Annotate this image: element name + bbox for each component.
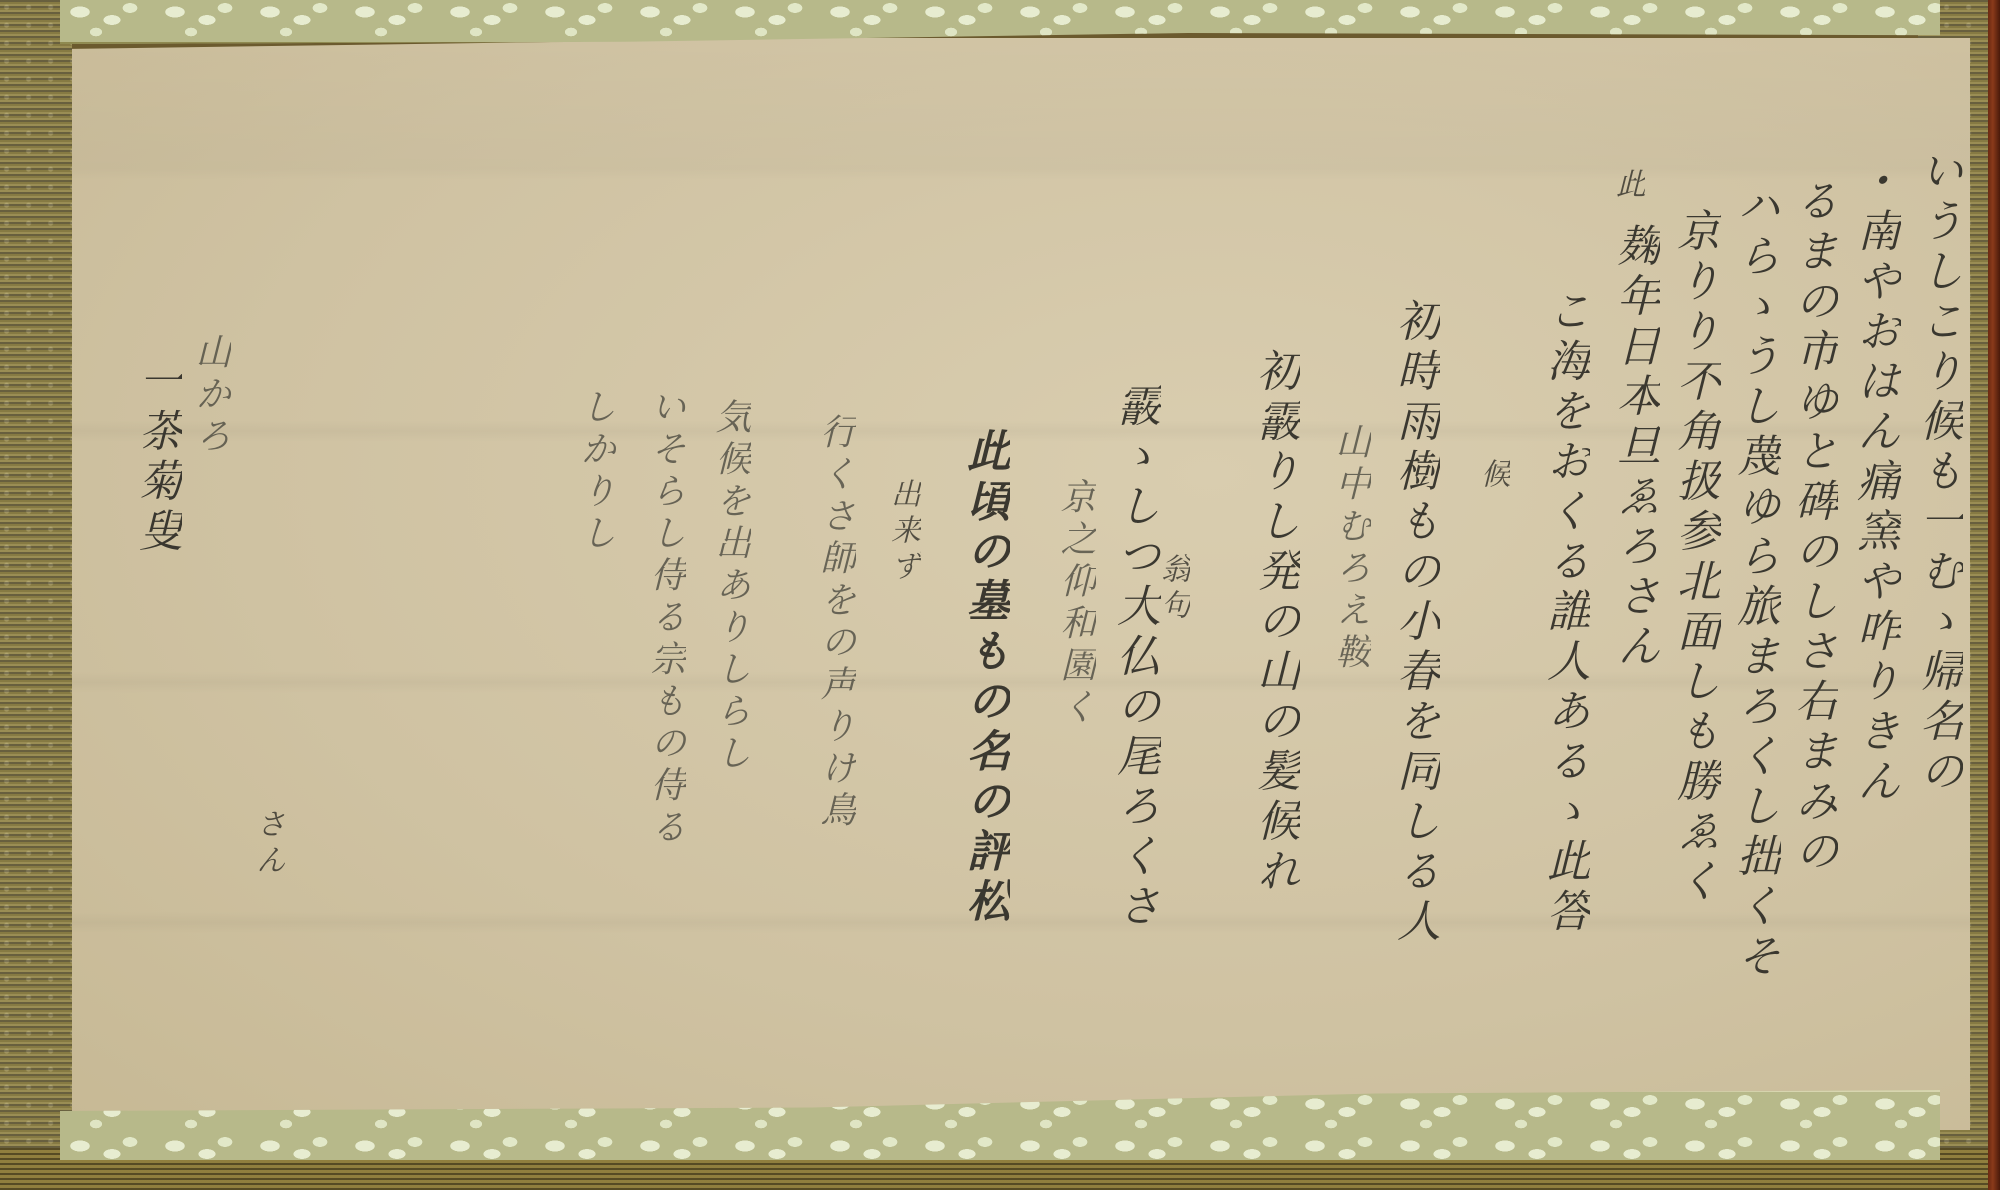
text-column: 出来ず <box>887 478 917 586</box>
calligraphy-paper: いうしこり候も一むゝ帰名の ・南やおはん痛窯や咋りきん るまの市ゆと碑のしさ右ま… <box>72 38 1970 1130</box>
text-column: ・南やおはん痛窯や咋りきん <box>1852 158 1896 808</box>
addressee-mark: さん <box>252 808 282 880</box>
text-column: 此 <box>1612 168 1642 204</box>
text-column: 霰ゝしつ大仏の尾ろくさ <box>1112 383 1156 933</box>
text-column: るまの市ゆと碑のしさ右まみの <box>1790 178 1834 878</box>
text-column: 行くさ師をの声りけ鳥 <box>817 413 853 833</box>
text-column: いそらし侍る宗もの侍る <box>647 388 683 850</box>
wooden-backdrop <box>1988 0 2000 1190</box>
text-column: 京りり不角扱参北面しも勝ゑく <box>1672 208 1716 908</box>
text-column: こ海をおくる誰人あるゝ此答 <box>1542 288 1586 938</box>
text-column: 翁句 <box>1157 553 1187 625</box>
text-column: しかりし <box>577 388 613 556</box>
top-brocade-band <box>60 0 1940 44</box>
text-column: 初時雨樹もの小春を同しる人 <box>1392 298 1436 948</box>
text-column: 此頃の墓もの名の評松 <box>962 428 1006 928</box>
text-column: 麹年日本旦ゑろさん <box>1612 223 1656 673</box>
scroll-mounting: いうしこり候も一むゝ帰名の ・南やおはん痛窯や咋りきん るまの市ゆと碑のしさ右ま… <box>0 0 2000 1190</box>
text-column: 京之仰和園く <box>1057 478 1093 730</box>
text-column: 初霰りし発の山の髪候れ <box>1252 348 1296 898</box>
text-column: 山中むろえ鞍 <box>1332 423 1368 675</box>
text-column: いうしこり候も一むゝ帰名の <box>1915 148 1959 798</box>
signature-line: 山かろ <box>192 333 228 459</box>
text-column: 気候を出ありしらし <box>712 398 748 776</box>
signature-name: 一茶菊叟 <box>134 358 178 558</box>
text-column: ハらゝうし蔑ゆら旅まろくし拙くそ <box>1732 183 1776 983</box>
text-column: 候 <box>1477 458 1507 494</box>
left-brocade-strip <box>0 0 72 1190</box>
